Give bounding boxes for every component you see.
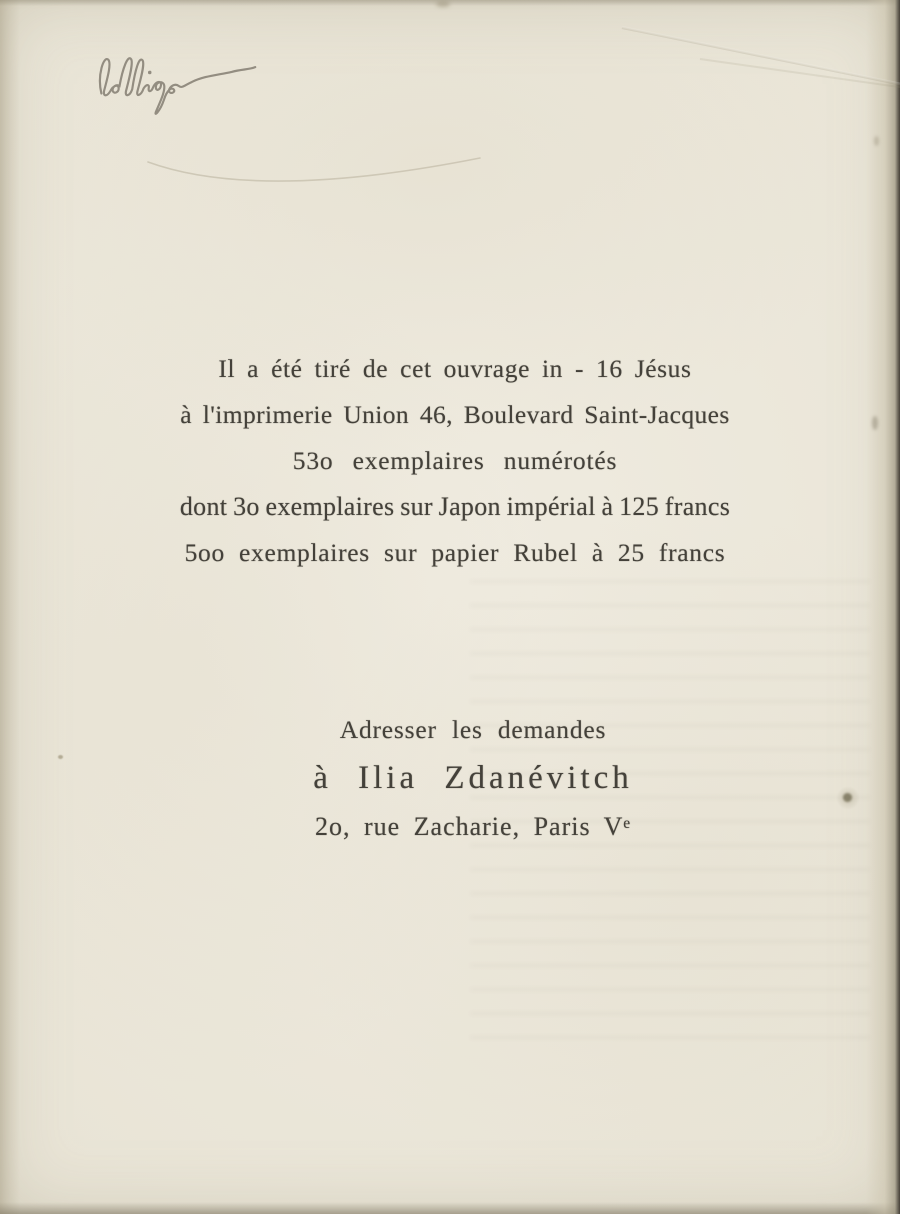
colophon-block: Il a été tiré de cet ouvrage in - 16 Jés… (90, 346, 820, 576)
pencil-arc (138, 138, 490, 210)
scanned-page: Il a été tiré de cet ouvrage in - 16 Jés… (0, 0, 900, 1214)
colophon-line-5: 5oo exemplaires sur papier Rubel à 25 fr… (90, 530, 820, 576)
top-right-crease (622, 26, 900, 87)
colophon-line-2: à l'imprimerie Union 46, Boulevard Saint… (90, 392, 820, 438)
handwritten-signature (89, 30, 270, 120)
edge-smudge (872, 416, 878, 430)
edge-smudge-2 (874, 136, 879, 146)
colophon-line-3: 53o exemplaires numérotés (90, 438, 820, 484)
address-line-1: Adresser les demandes (108, 708, 838, 752)
right-page-edge (866, 0, 900, 1214)
ink-speck (843, 793, 852, 802)
address-block: Adresser les demandes à Ilia Zdanévitch … (108, 708, 838, 850)
top-page-edge (0, 0, 900, 6)
colophon-line-1: Il a été tiré de cet ouvrage in - 16 Jés… (90, 346, 820, 392)
left-page-edge (0, 0, 20, 1214)
top-smudge (436, 1, 450, 7)
paper-speck (58, 755, 63, 759)
colophon-line-4: dont 3o exemplaires sur Japon impérial à… (90, 484, 820, 530)
bottom-page-edge (0, 1202, 900, 1214)
address-line-2: à Ilia Zdanévitch (108, 752, 838, 804)
ink-speck-halo (836, 786, 860, 810)
address-line-3: 2o, rue Zacharie, Paris Vᵉ (108, 804, 838, 850)
